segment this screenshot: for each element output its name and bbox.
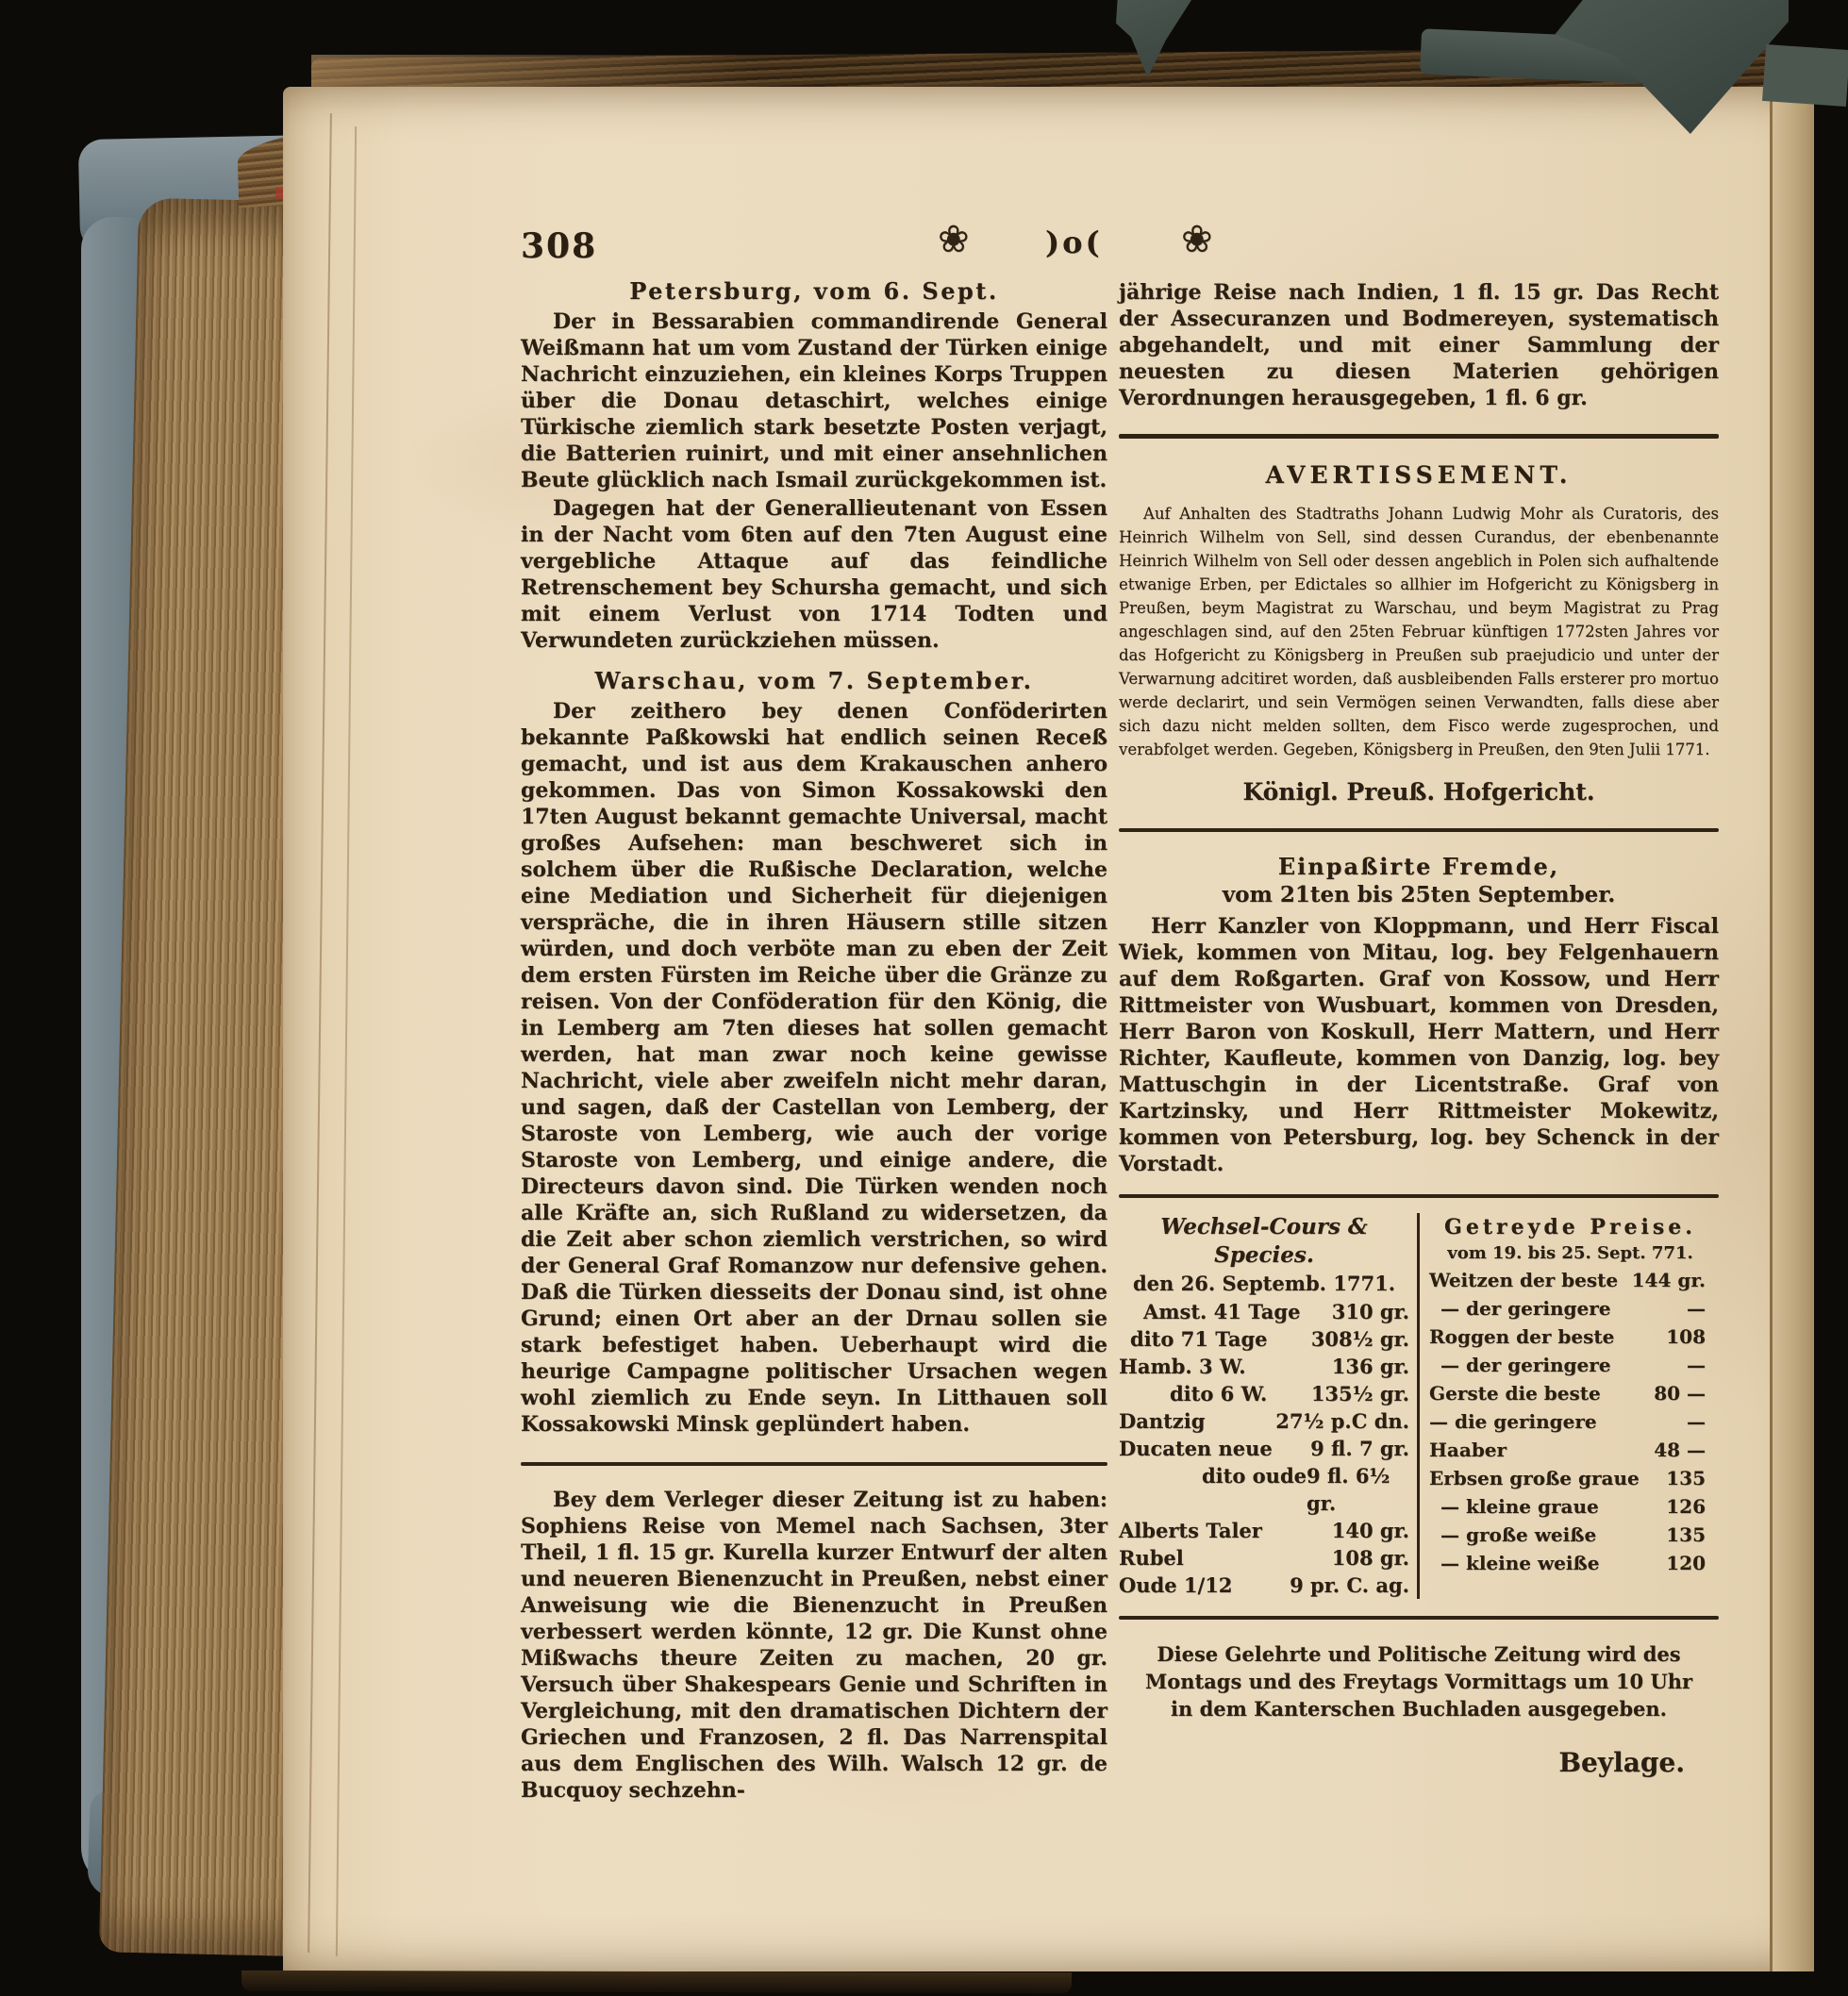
table-row: Dantzig27½ p.C dn.	[1119, 1407, 1409, 1435]
table-row: Rubel108 gr.	[1119, 1544, 1409, 1572]
publisher-ad-paragraph: Bey dem Verleger dieser Zeitung ist zu h…	[521, 1487, 1107, 1804]
table-row: Amst. 41 Tage310 gr.	[1119, 1298, 1409, 1325]
exchange-row-value: 27½ p.C dn.	[1275, 1407, 1409, 1435]
grain-row-value: —	[1687, 1294, 1711, 1322]
supplement-label: Beylage.	[1119, 1747, 1719, 1778]
exchange-row-value: 308½ gr.	[1311, 1325, 1409, 1353]
warschau-paragraph: Der zeithero bey denen Conföderirten bek…	[521, 698, 1107, 1438]
right-column-rule-1	[1119, 434, 1719, 439]
table-row: — die geringere—	[1429, 1407, 1711, 1436]
article-heading-warschau: Warschau, vom 7. September.	[521, 667, 1107, 694]
table-row: Hamb. 3 W.136 gr.	[1119, 1353, 1409, 1380]
fremde-subheading: vom 21ten bis 25ten September.	[1119, 882, 1719, 907]
table-row: Erbsen große graue135	[1429, 1464, 1711, 1492]
exchange-row-label: dito 71 Tage	[1119, 1325, 1267, 1353]
publication-notice: Diese Gelehrte und Politische Zeitung wi…	[1119, 1640, 1719, 1722]
price-tables: Wechsel-Cours & Species. den 26. Septemb…	[1119, 1213, 1719, 1599]
table-row: Alberts Taler140 gr.	[1119, 1517, 1409, 1544]
exchange-row-label: Dantzig	[1119, 1407, 1205, 1435]
grain-table-title: Getreyde Preise.	[1429, 1213, 1711, 1241]
exchange-row-value: 135½ gr.	[1311, 1380, 1409, 1407]
avertissement-signature: Königl. Preuß. Hofgericht.	[1119, 778, 1719, 806]
table-row: — große weiße135	[1429, 1521, 1711, 1549]
grain-row-label: Roggen der beste	[1429, 1322, 1614, 1351]
grain-row-value: 135	[1666, 1464, 1711, 1492]
avertissement-heading: AVERTISSEMENT.	[1119, 461, 1719, 489]
left-column: Petersburg, vom 6. Sept. Der in Bessarab…	[521, 277, 1107, 1804]
grain-row-value: 48 —	[1654, 1436, 1711, 1464]
table-row: Ducaten neue9 fl. 7 gr.	[1119, 1435, 1409, 1462]
table-row: Haaber48 —	[1429, 1436, 1711, 1464]
grain-row-label: Gerste die beste	[1429, 1379, 1601, 1407]
exchange-row-label: Oude 1/12	[1119, 1572, 1232, 1599]
table-row: Oude 1/129 pr. C. ag.	[1119, 1572, 1409, 1599]
table-row: Gerste die beste80 —	[1429, 1379, 1711, 1407]
grain-row-label: — kleine graue	[1429, 1492, 1599, 1521]
grain-table: Getreyde Preise. vom 19. bis 25. Sept. 7…	[1417, 1213, 1711, 1599]
header-separator-glyph: )o(	[1045, 225, 1103, 260]
book-ad-continuation: jährige Reise nach Indien, 1 fl. 15 gr. …	[1119, 279, 1719, 411]
table-row: — kleine weiße120	[1429, 1549, 1711, 1577]
grain-row-label: — der geringere	[1429, 1294, 1611, 1322]
fremde-heading: Einpaßirte Fremde,	[1119, 853, 1719, 880]
table-row: dito oude9 fl. 6½ gr.	[1119, 1462, 1409, 1517]
grain-row-label: — kleine weiße	[1429, 1549, 1599, 1577]
fremde-body: Herr Kanzler von Kloppmann, und Herr Fis…	[1119, 913, 1719, 1177]
exchange-row-value: 108 gr.	[1332, 1544, 1409, 1572]
table-row: Weitzen der beste144 gr.	[1429, 1266, 1711, 1294]
printer-ornament-right-icon: ❀	[1181, 221, 1213, 258]
left-column-divider-rule	[521, 1462, 1107, 1466]
grain-row-value: 80 —	[1654, 1379, 1711, 1407]
printer-ornament-left-icon: ❀	[938, 221, 970, 258]
article-heading-petersburg: Petersburg, vom 6. Sept.	[521, 277, 1107, 305]
grain-row-value: 120	[1666, 1549, 1711, 1577]
exchange-row-value: 140 gr.	[1332, 1517, 1409, 1544]
book-scan: 308 ❀ )o( ❀ Petersburg, vom 6. Sept. Der…	[0, 0, 1848, 1996]
table-row: — der geringere—	[1429, 1351, 1711, 1379]
grain-row-value: 144 gr.	[1632, 1266, 1711, 1294]
grain-row-label: — die geringere	[1429, 1407, 1597, 1436]
table-row: — kleine graue126	[1429, 1492, 1711, 1521]
grain-row-label: Erbsen große graue	[1429, 1464, 1640, 1492]
exchange-row-value: 9 fl. 7 gr.	[1310, 1435, 1409, 1462]
exchange-row-value: 9 pr. C. ag.	[1290, 1572, 1409, 1599]
table-row: dito 6 W.135½ gr.	[1119, 1380, 1409, 1407]
next-page-edge	[1770, 89, 1814, 1971]
grain-row-value: 126	[1666, 1492, 1711, 1521]
grain-row-value: —	[1687, 1407, 1711, 1436]
right-column-rule-3	[1119, 1194, 1719, 1198]
exchange-row-label: Alberts Taler	[1119, 1517, 1262, 1544]
table-row: Roggen der beste108	[1429, 1322, 1711, 1351]
avertissement-body: Auf Anhalten des Stadtraths Johann Ludwi…	[1119, 502, 1719, 761]
page-number: 308	[521, 226, 597, 266]
page-bottom-shadow	[241, 1971, 1072, 1993]
grain-row-label: Haaber	[1429, 1436, 1507, 1464]
grain-row-value: —	[1687, 1351, 1711, 1379]
exchange-row-value: 136 gr.	[1332, 1353, 1409, 1380]
exchange-row-label: dito oude	[1119, 1462, 1307, 1517]
grain-row-label: — große weiße	[1429, 1521, 1596, 1549]
exchange-table-title: Wechsel-Cours & Species.	[1119, 1213, 1409, 1270]
exchange-table-date: den 26. Septemb. 1771.	[1119, 1270, 1409, 1298]
petersburg-paragraph-1: Der in Bessarabien commandirende General…	[521, 308, 1107, 493]
exchange-row-value: 9 fl. 6½ gr.	[1307, 1462, 1409, 1517]
right-column-rule-4	[1119, 1616, 1719, 1620]
grain-table-date: vom 19. bis 25. Sept. 771.	[1429, 1241, 1711, 1266]
exchange-table: Wechsel-Cours & Species. den 26. Septemb…	[1119, 1213, 1417, 1599]
right-column-rule-2	[1119, 828, 1719, 832]
right-column: jährige Reise nach Indien, 1 fl. 15 gr. …	[1119, 277, 1719, 1778]
exchange-row-label: Rubel	[1119, 1544, 1184, 1572]
exchange-row-label: dito 6 W.	[1119, 1380, 1267, 1407]
exchange-row-label: Hamb. 3 W.	[1119, 1353, 1246, 1380]
grain-row-value: 135	[1666, 1521, 1711, 1549]
exchange-row-label: Ducaten neue	[1119, 1435, 1273, 1462]
grain-row-label: — der geringere	[1429, 1351, 1611, 1379]
grain-row-value: 108	[1666, 1322, 1711, 1351]
petersburg-paragraph-2: Dagegen hat der Generallieutenant von Es…	[521, 495, 1107, 654]
exchange-row-value: 310 gr.	[1332, 1298, 1409, 1325]
table-row: — der geringere—	[1429, 1294, 1711, 1322]
table-row: dito 71 Tage308½ gr.	[1119, 1325, 1409, 1353]
book-holder-bar-corner	[1762, 44, 1848, 107]
grain-row-label: Weitzen der beste	[1429, 1266, 1618, 1294]
exchange-row-label: Amst. 41 Tage	[1119, 1298, 1300, 1325]
